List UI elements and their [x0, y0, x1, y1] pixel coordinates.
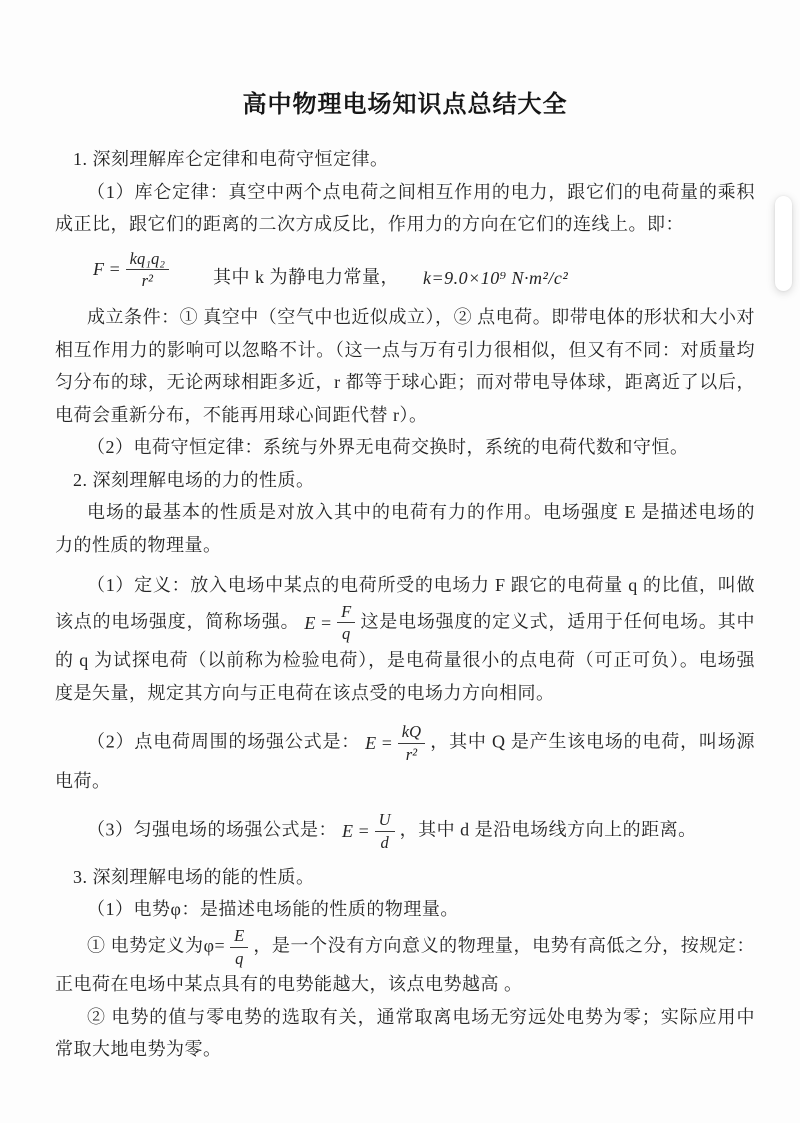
uniform-field-formula: E =Ud	[342, 810, 395, 853]
point-charge-formula: E =kQr²	[365, 722, 425, 765]
paragraph-zero-potential: ② 电势的值与零电势的选取有关，通常取离电场无穷远处电势为零；实际应用中常取大地…	[55, 1001, 755, 1066]
paragraph-uniform-field: （3）匀强电场的场强公式是：E =Ud，其中 d 是沿电场线方向上的距离。	[55, 810, 755, 853]
formula-lhs: E =	[365, 727, 393, 760]
fraction-denominator: q	[342, 623, 350, 644]
potential-formula: Eq	[230, 926, 248, 969]
fraction-numerator: E	[230, 926, 248, 948]
paragraph-point-charge-field: （2）点电荷周围的场强公式是：E =kQr²，其中 Q 是产生该电场的电荷，叫场…	[55, 722, 755, 797]
paragraph-coulomb-conditions: 成立条件：① 真空中（空气中也近似成立），② 点电荷。即带电体的形状和大小对相互…	[55, 301, 755, 431]
field-definition-formula: E =Fq	[304, 602, 355, 645]
paragraph-field-definition: （1）定义：放入电场中某点的电荷所受的电场力 F 跟它的电荷量 q 的比值，叫做…	[55, 569, 755, 709]
coulomb-constant: k=9.0×10⁹ N·m²/c²	[423, 268, 568, 291]
fraction-numerator: U	[375, 810, 395, 832]
paragraph-charge-conservation: （2）电荷守恒定律：系统与外界无电荷交换时，系统的电荷代数和守恒。	[55, 431, 755, 464]
text-before-formula: （2）点电荷周围的场强公式是：	[87, 732, 360, 752]
fraction-denominator: q	[235, 948, 243, 969]
paragraph-potential-intro: （1）电势φ：是描述电场能的性质的物理量。	[55, 893, 755, 926]
fraction-numerator: F	[337, 602, 355, 624]
paragraph-coulomb-law: （1）库仑定律：真空中两个点电荷之间相互作用的电力，跟它们的电荷量的乘积成正比，…	[55, 176, 755, 241]
document-page: 高中物理电场知识点总结大全 1. 深刻理解库仑定律和电荷守恒定律。 （1）库仑定…	[0, 0, 800, 1123]
formula-lhs: F =	[93, 259, 121, 280]
document-title: 高中物理电场知识点总结大全	[55, 84, 755, 119]
paragraph-potential-definition: ① 电势定义为φ=Eq，是一个没有方向意义的物理量，电势有高低之分，按规定：正电…	[55, 926, 755, 1001]
fraction: Eq	[230, 926, 248, 969]
fraction-denominator: r²	[406, 744, 417, 765]
fraction: Fq	[337, 602, 355, 645]
formula-lhs: E =	[342, 815, 370, 848]
section-2-heading: 2. 深刻理解电场的力的性质。	[55, 464, 755, 497]
text-before-formula: ① 电势定义为φ=	[87, 935, 225, 955]
fraction: Ud	[375, 810, 395, 853]
paragraph-field-nature: 电场的最基本的性质是对放入其中的电荷有力的作用。电场强度 E 是描述电场的力的性…	[55, 496, 755, 561]
fraction: kq₁q₂r²	[126, 249, 169, 292]
fraction-numerator: kQ	[398, 722, 425, 744]
fraction-denominator: r²	[142, 270, 153, 291]
section-3-heading: 3. 深刻理解电场的能的性质。	[55, 861, 755, 894]
fraction-numerator: kq₁q₂	[126, 249, 169, 271]
fraction-denominator: d	[380, 832, 388, 853]
section-1-heading: 1. 深刻理解库仑定律和电荷守恒定律。	[55, 143, 755, 176]
fraction: kQr²	[398, 722, 425, 765]
text-before-formula: （3）匀强电场的场强公式是：	[87, 820, 337, 840]
formula-lhs: E =	[304, 607, 332, 640]
text-after-formula: ，其中 d 是沿电场线方向上的距离。	[400, 820, 697, 840]
formula-note: 其中 k 为静电力常量，	[213, 263, 399, 291]
scrollbar-thumb[interactable]	[775, 196, 792, 291]
coulomb-formula: F =kq₁q₂r²	[93, 249, 169, 292]
coulomb-formula-line: F =kq₁q₂r² 其中 k 为静电力常量， k=9.0×10⁹ N·m²/c…	[55, 249, 755, 292]
